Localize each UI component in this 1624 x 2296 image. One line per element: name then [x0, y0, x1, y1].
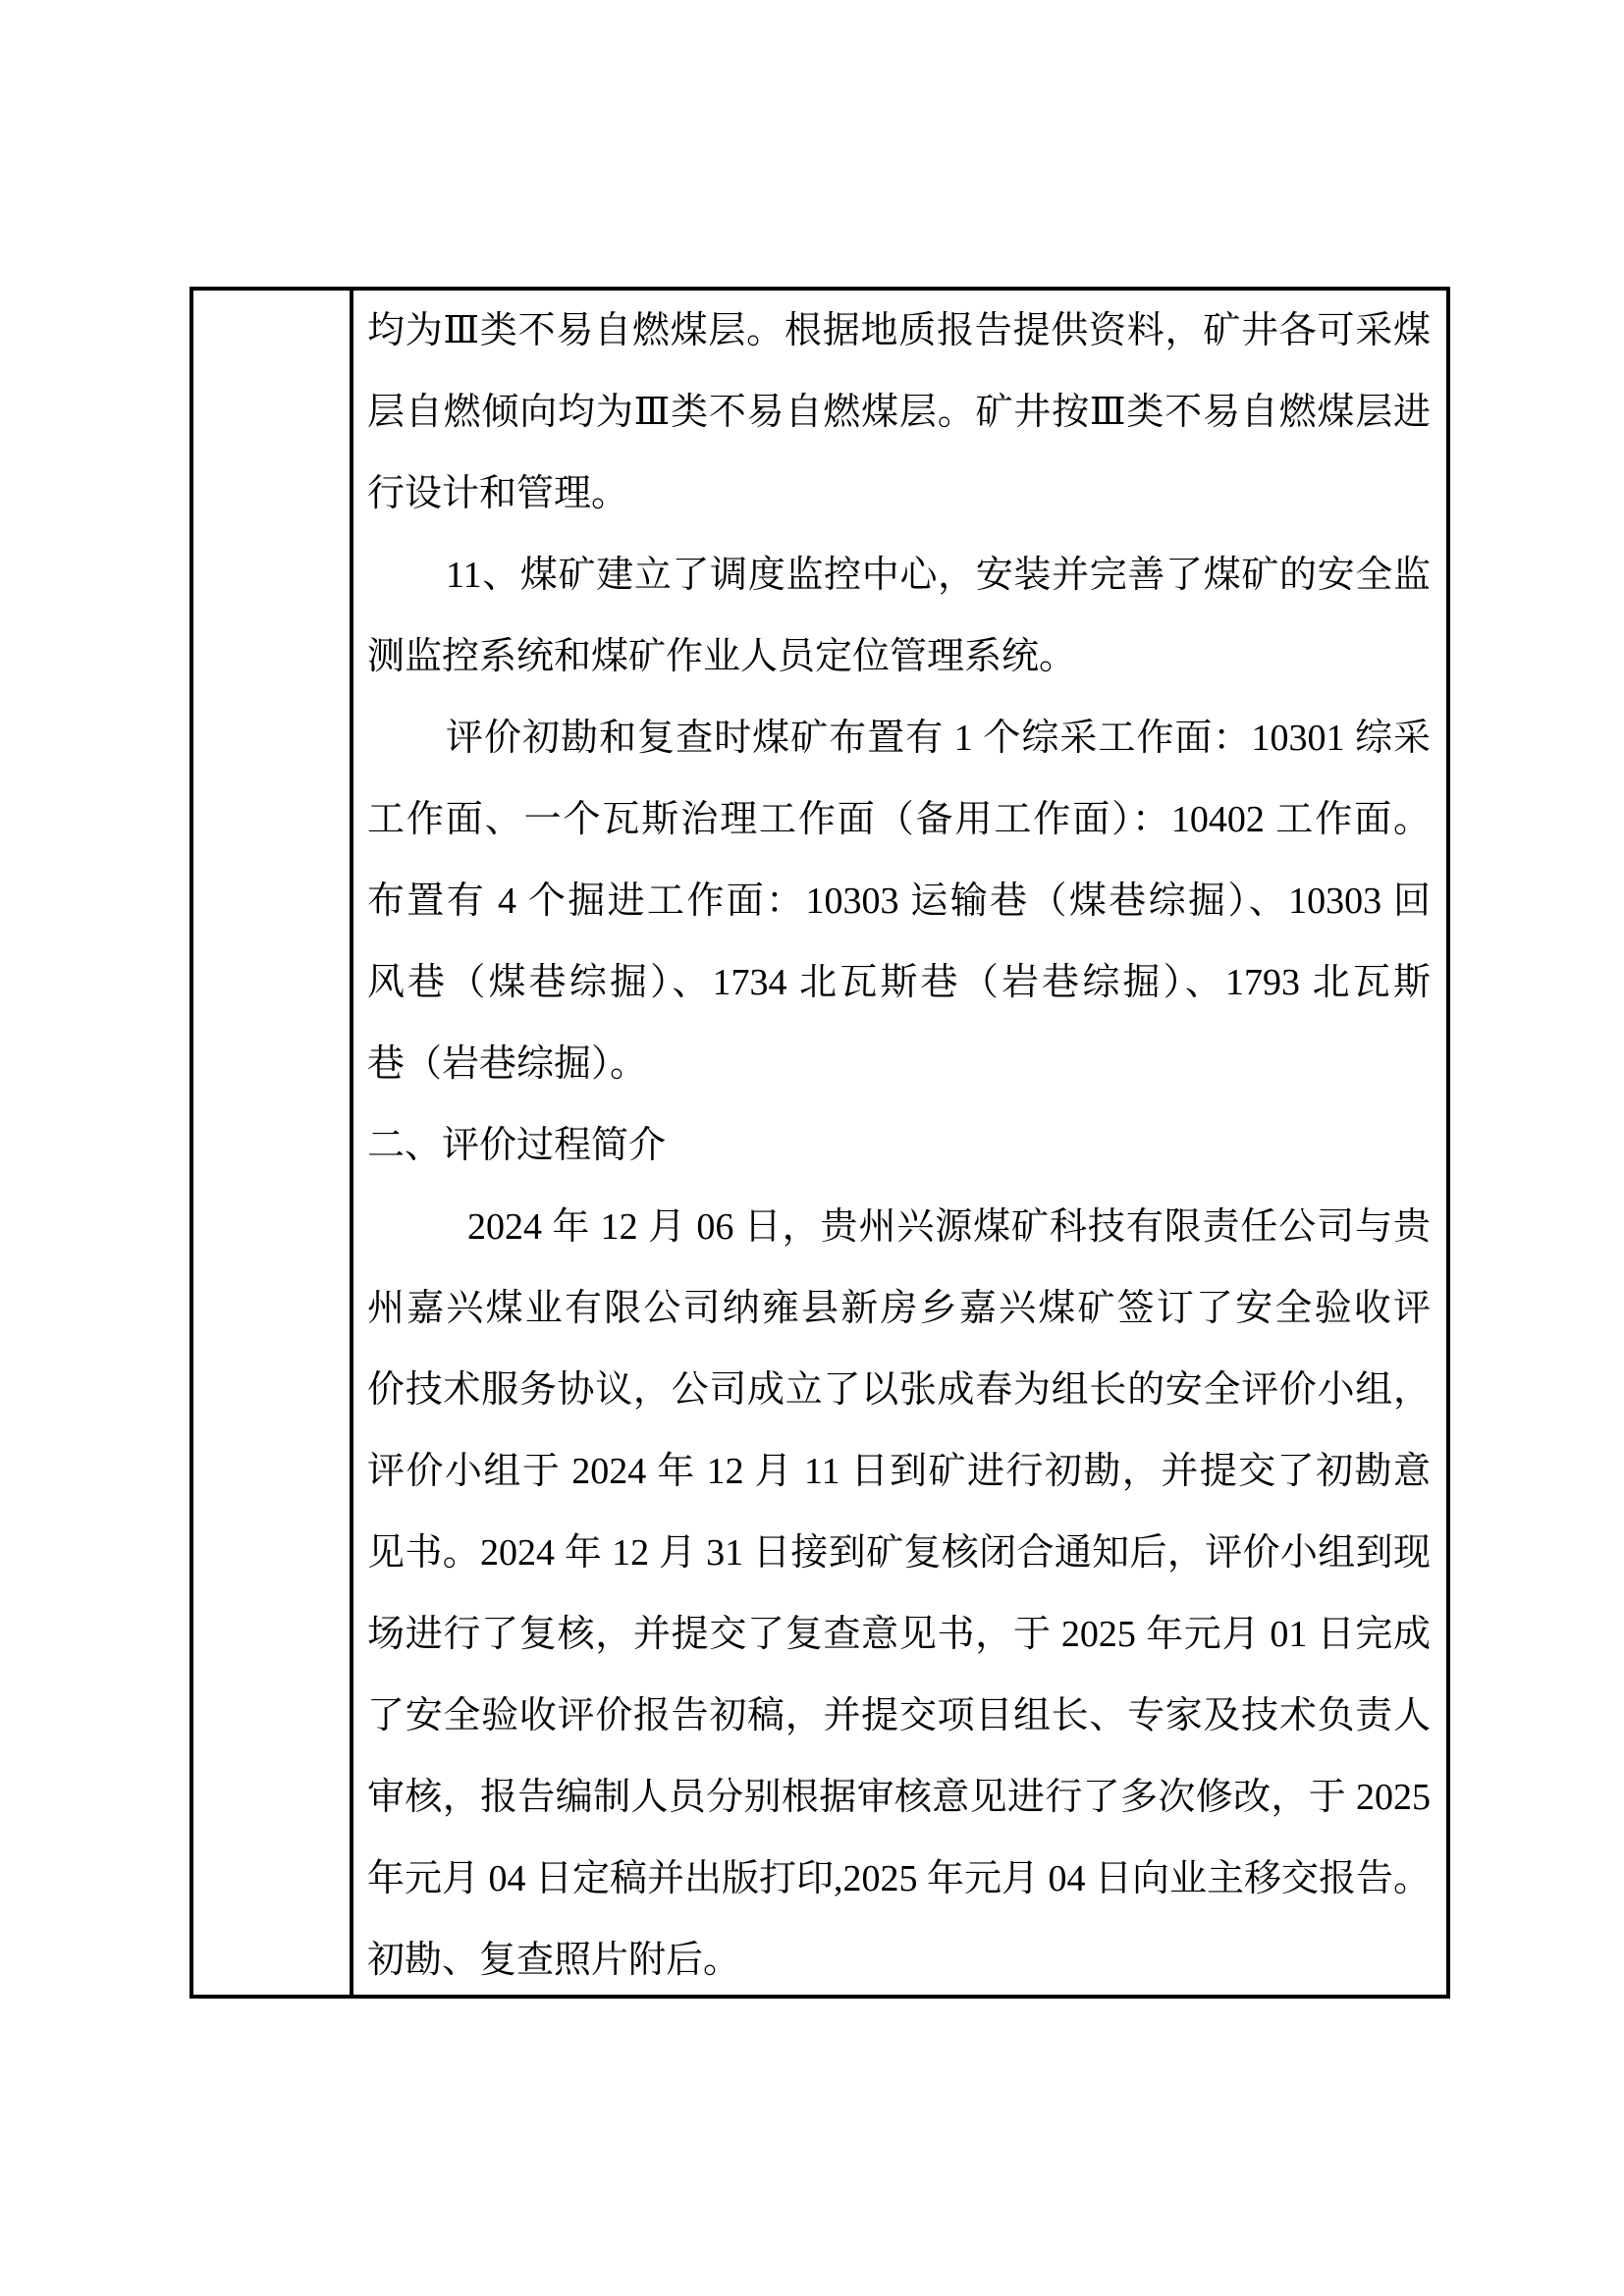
text-line: 均为Ⅲ类不易自燃煤层。根据地质报告提供资料，矿井各可采煤 — [367, 291, 1431, 372]
text-line: 工作面、一个瓦斯治理工作面（备用工作面）：10402 工作面。 — [367, 779, 1431, 861]
text-line: 巷（岩巷综掘）。 — [367, 1024, 1431, 1105]
text-line: 价技术服务协议，公司成立了以张成春为组长的安全评价小组， — [367, 1350, 1431, 1431]
text-line: 审核，报告编制人员分别根据审核意见进行了多次修改，于 2025 — [367, 1757, 1431, 1839]
text-line: 风巷（煤巷综掘）、1734 北瓦斯巷（岩巷综掘）、1793 北瓦斯 — [367, 942, 1431, 1024]
text-line: 评价初勘和复查时煤矿布置有 1 个综采工作面：10301 综采 — [367, 698, 1431, 779]
text-line: 州嘉兴煤业有限公司纳雍县新房乡嘉兴煤矿签订了安全验收评 — [367, 1268, 1431, 1350]
text-line: 11、煤矿建立了调度监控中心，安装并完善了煤矿的安全监 — [367, 535, 1431, 616]
text-line: 2024 年 12 月 06 日，贵州兴源煤矿科技有限责任公司与贵 — [367, 1187, 1431, 1268]
text-line: 见书。2024 年 12 月 31 日接到矿复核闭合通知后，评价小组到现 — [367, 1513, 1431, 1594]
text-line: 布置有 4 个掘进工作面：10303 运输巷（煤巷综掘）、10303 回 — [367, 861, 1431, 942]
section-heading: 二、评价过程简介 — [367, 1105, 1431, 1187]
text-line: 年元月 04 日定稿并出版打印,2025 年元月 04 日向业主移交报告。 — [367, 1839, 1431, 1920]
text-line: 场进行了复核，并提交了复查意见书，于 2025 年元月 01 日完成 — [367, 1594, 1431, 1676]
text-line: 评价小组于 2024 年 12 月 11 日到矿进行初勘，并提交了初勘意 — [367, 1431, 1431, 1513]
text-line: 测监控系统和煤矿作业人员定位管理系统。 — [367, 616, 1431, 698]
text-line: 了安全验收评价报告初稿，并提交项目组长、专家及技术负责人 — [367, 1676, 1431, 1757]
text-line: 层自燃倾向均为Ⅲ类不易自燃煤层。矿井按Ⅲ类不易自燃煤层进 — [367, 372, 1431, 454]
text-line: 行设计和管理。 — [367, 454, 1431, 535]
document-table: 均为Ⅲ类不易自燃煤层。根据地质报告提供资料，矿井各可采煤 层自燃倾向均为Ⅲ类不易… — [189, 287, 1450, 1999]
content-cell: 均为Ⅲ类不易自燃煤层。根据地质报告提供资料，矿井各可采煤 层自燃倾向均为Ⅲ类不易… — [353, 291, 1446, 1995]
row-label-cell-empty — [193, 291, 353, 1995]
text-line: 初勘、复查照片附后。 — [367, 1920, 1431, 1995]
